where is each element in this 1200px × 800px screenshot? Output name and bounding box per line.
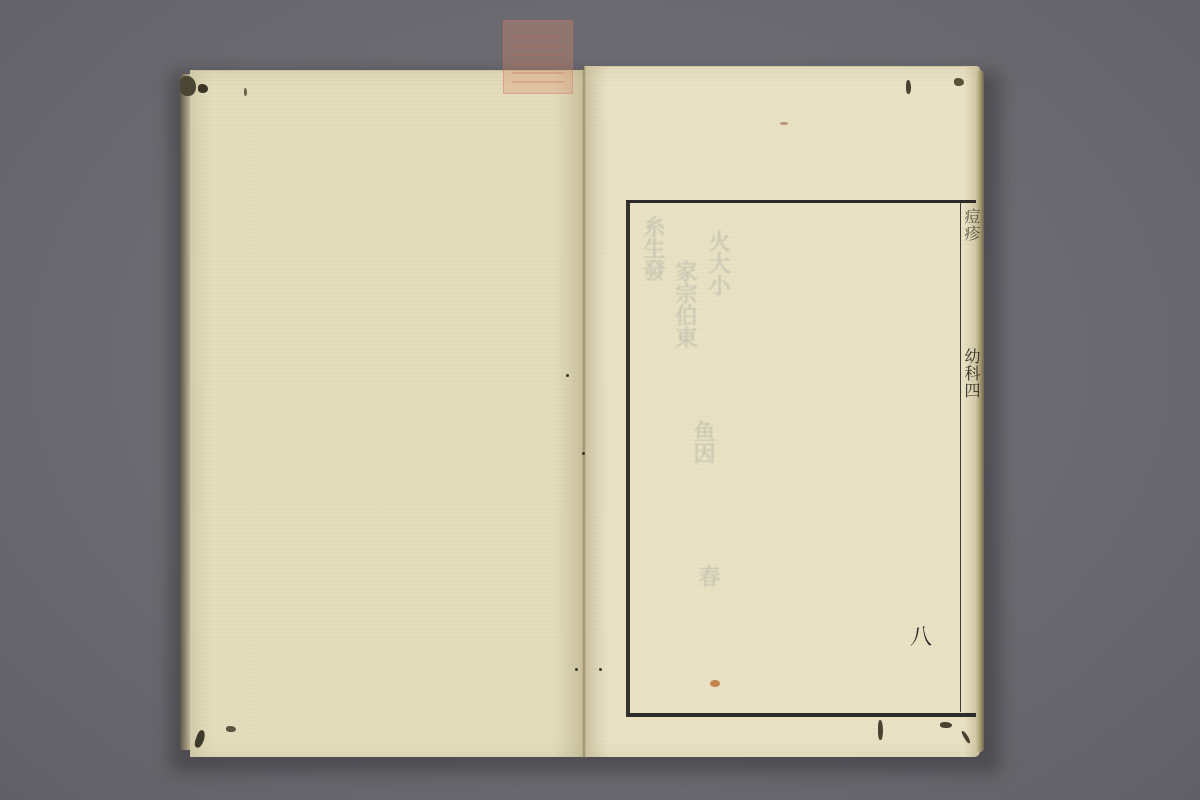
margin-column-rule [960, 202, 961, 712]
stain-spot [566, 374, 569, 377]
wear-mark [940, 722, 952, 728]
wear-mark [244, 88, 247, 96]
folio-number: 八 [910, 620, 932, 651]
corner-wear-mark [180, 76, 196, 96]
fore-edge [976, 70, 984, 752]
left-page [190, 70, 584, 757]
photo-scene: 糸生發 家宗伯東 火大小 鱼因 春 痘疹 幼科四 八 [0, 0, 1200, 800]
wear-mark [906, 80, 911, 94]
wear-mark [878, 720, 883, 740]
book-gutter [582, 66, 586, 758]
stain-spot [582, 452, 585, 455]
margin-volume-text: 幼科四 [958, 348, 980, 399]
wear-mark [954, 78, 964, 86]
margin-title-text: 痘疹 [958, 208, 980, 242]
stain-spot [575, 668, 578, 671]
stain-spot [780, 122, 788, 125]
seal-stamp-lines [512, 31, 564, 83]
stain-spot [599, 668, 602, 671]
wear-mark [226, 726, 236, 732]
stain-spot [710, 680, 720, 687]
ink-blot-mark [198, 84, 208, 93]
seal-stamp [503, 20, 573, 94]
